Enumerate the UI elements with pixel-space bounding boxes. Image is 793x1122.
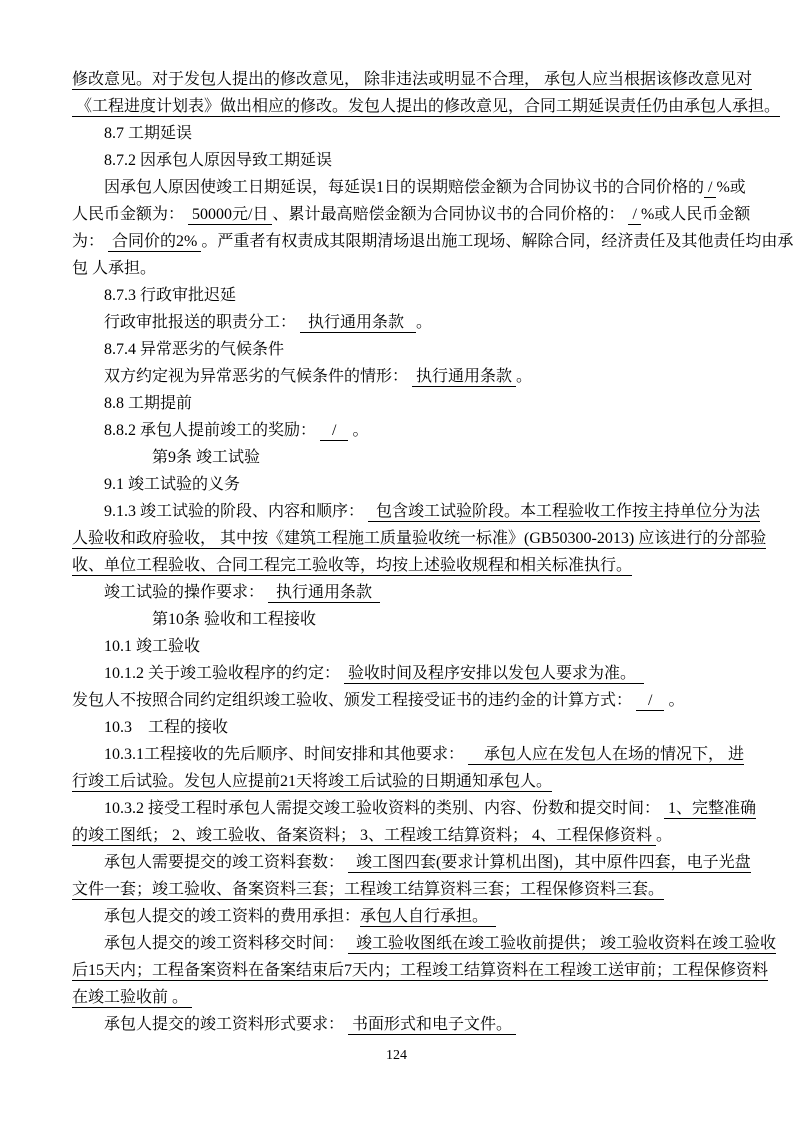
- text-run: 。严重者有权责成其限期清场退出施工现场、解除合同，经济责任及其他责任均由承: [201, 233, 793, 250]
- text-run: 。: [348, 422, 368, 439]
- text-run: 8.8 工期提前: [104, 395, 192, 412]
- filled-blank-text: 50000元/日: [188, 206, 272, 225]
- text-run: 为：: [72, 233, 108, 250]
- filled-blank-text: 承包人应在发包人在场的情况下， 进: [468, 746, 744, 765]
- text-run: 10.3.2 接受工程时承包人需提交竣工验收资料的类别、内容、份数和提交时间：: [104, 800, 664, 817]
- text-run: 。: [656, 827, 672, 844]
- filled-blank-text: 竣工图四套(要求计算机出图)，其中原件四套，电子光盘: [348, 854, 751, 873]
- text-run: 行政审批报送的职责分工：: [104, 314, 300, 331]
- filled-blank-text: 承包人自行承担。: [360, 908, 496, 927]
- text-run: 第9条 竣工试验: [152, 449, 260, 466]
- text-line: 双方约定视为异常恶劣的气候条件的情形： 执行通用条款 。: [72, 363, 723, 390]
- text-run: 8.7 工期延误: [104, 125, 192, 142]
- text-line: 8.7.3 行政审批迟延: [72, 282, 723, 309]
- text-line: 8.7.4 异常恶劣的气候条件: [72, 336, 723, 363]
- text-run: 包 人承担。: [72, 260, 156, 277]
- text-run: 第10条 验收和工程接收: [152, 611, 316, 628]
- text-run: 8.8.2 承包人提前竣工的奖励：: [104, 422, 320, 439]
- text-run: 承包人提交的竣工资料形式要求：: [104, 1016, 348, 1033]
- text-run: 9.1 竣工试验的义务: [104, 476, 240, 493]
- filled-blank-text: 执行通用条款: [300, 314, 416, 333]
- text-line: 9.1.3 竣工试验的阶段、内容和顺序： 包含竣工试验阶段。本工程验收工作按主持…: [72, 498, 723, 525]
- text-run: 。: [664, 692, 684, 709]
- filled-blank-text: 执行通用条款: [412, 368, 516, 387]
- filled-blank-text: 人验收和政府验收， 其中按《建筑工程施工质量验收统一标准》(GB50300-20…: [72, 530, 766, 549]
- filled-blank-text: 的竣工图纸； 2、竣工验收、备案资料； 3、工程竣工结算资料； 4、工程保修资料: [72, 827, 656, 846]
- document-page: 修改意见。对于发包人提出的修改意见， 除非违法或明显不合理， 承包人应当根据该修…: [0, 0, 793, 1122]
- filled-blank-text: 合同价的2%: [108, 233, 201, 252]
- filled-blank-text: 书面形式和电子文件。: [348, 1016, 516, 1035]
- text-line: 行政审批报送的职责分工： 执行通用条款 。: [72, 309, 723, 336]
- text-line: 承包人需要提交的竣工资料套数： 竣工图四套(要求计算机出图)，其中原件四套，电子…: [72, 849, 723, 876]
- text-line: 10.1 竣工验收: [72, 633, 723, 660]
- page-footer: 124: [0, 1047, 793, 1065]
- text-run: 8.7.3 行政审批迟延: [104, 287, 236, 304]
- filled-blank-text: 修改意见。对于发包人提出的修改意见， 除非违法或明显不合理， 承包人应当根据该修…: [72, 71, 752, 90]
- text-line: 文件一套；竣工验收、备案资料三套；工程竣工结算资料三套；工程保修资料三套。: [72, 876, 723, 903]
- filled-blank-text: 在竣工验收前 。: [72, 989, 192, 1008]
- text-run: 10.3.1工程接收的先后顺序、时间安排和其他要求：: [104, 746, 468, 763]
- text-run: 因承包人原因使竣工日期延误，每延误1日的误期赔偿金额为合同协议书的合同价格的: [104, 179, 704, 196]
- text-line: 承包人提交的竣工资料的费用承担：承包人自行承担。: [72, 903, 723, 930]
- filled-blank-text: 收、单位工程验收、合同工程完工验收等，均按上述验收规程和相关标准执行。: [72, 557, 632, 576]
- text-line: 人民币金额为： 50000元/日 、累计最高赔偿金额为合同协议书的合同价格的： …: [72, 201, 723, 228]
- text-line: 10.3.1工程接收的先后顺序、时间安排和其他要求： 承包人应在发包人在场的情况…: [72, 741, 723, 768]
- text-run: 承包人提交的竣工资料的费用承担：: [104, 908, 360, 925]
- text-run: 发包人不按照合同约定组织竣工验收、颁发工程接受证书的违约金的计算方式：: [72, 692, 636, 709]
- text-line: 包 人承担。: [72, 255, 723, 282]
- filled-blank-text: 《工程进度计划表》做出相应的修改。发包人提出的修改意见，合同工期延误责任仍由承包…: [72, 98, 780, 117]
- text-run: 双方约定视为异常恶劣的气候条件的情形：: [104, 368, 412, 385]
- text-line: 8.8 工期提前: [72, 390, 723, 417]
- filled-blank-text: 后15天内；工程备案资料在备案结束后7天内；工程竣工结算资料在工程竣工送审前；工…: [72, 962, 768, 981]
- text-run: 8.7.2 因承包人原因导致工期延误: [104, 152, 332, 169]
- text-run: 9.1.3 竣工试验的阶段、内容和顺序：: [104, 503, 368, 520]
- filled-blank-text: 验收时间及程序安排以发包人要求为准。: [344, 665, 644, 684]
- text-run: 人民币金额为：: [72, 206, 188, 223]
- document-body: 修改意见。对于发包人提出的修改意见， 除非违法或明显不合理， 承包人应当根据该修…: [0, 0, 793, 1038]
- text-line: 10.1.2 关于竣工验收程序的约定： 验收时间及程序安排以发包人要求为准。: [72, 660, 723, 687]
- text-run: 10.3 工程的接收: [104, 719, 228, 736]
- text-line: 竣工试验的操作要求： 执行通用条款: [72, 579, 723, 606]
- text-run: 承包人需要提交的竣工资料套数：: [104, 854, 348, 871]
- filled-blank-text: 竣工验收图纸在竣工验收前提供； 竣工验收资料在竣工验收: [348, 935, 776, 954]
- page-number: 124: [386, 1048, 407, 1063]
- text-line: 为： 合同价的2% 。严重者有权责成其限期清场退出施工现场、解除合同，经济责任及…: [72, 228, 723, 255]
- text-run: 8.7.4 异常恶劣的气候条件: [104, 341, 284, 358]
- text-line: 第10条 验收和工程接收: [72, 606, 723, 633]
- text-line: 8.7 工期延误: [72, 120, 723, 147]
- text-run: 、累计最高赔偿金额为合同协议书的合同价格的：: [272, 206, 628, 223]
- text-line: 发包人不按照合同约定组织竣工验收、颁发工程接受证书的违约金的计算方式： / 。: [72, 687, 723, 714]
- filled-blank-text: 行竣工后试验。发包人应提前21天将竣工后试验的日期通知承包人。: [72, 773, 552, 792]
- text-run: %或: [716, 179, 745, 196]
- text-run: 10.1.2 关于竣工验收程序的约定：: [104, 665, 344, 682]
- filled-blank-text: /: [320, 422, 348, 441]
- text-line: 行竣工后试验。发包人应提前21天将竣工后试验的日期通知承包人。: [72, 768, 723, 795]
- text-line: 收、单位工程验收、合同工程完工验收等，均按上述验收规程和相关标准执行。: [72, 552, 723, 579]
- text-line: 承包人提交的竣工资料移交时间： 竣工验收图纸在竣工验收前提供； 竣工验收资料在竣…: [72, 930, 723, 957]
- filled-blank-text: 文件一套；竣工验收、备案资料三套；工程竣工结算资料三套；工程保修资料三套。: [72, 881, 664, 900]
- text-line: 的竣工图纸； 2、竣工验收、备案资料； 3、工程竣工结算资料； 4、工程保修资料…: [72, 822, 723, 849]
- text-line: 人验收和政府验收， 其中按《建筑工程施工质量验收统一标准》(GB50300-20…: [72, 525, 723, 552]
- filled-blank-text: /: [628, 206, 640, 225]
- text-line: 第9条 竣工试验: [72, 444, 723, 471]
- text-line: 8.8.2 承包人提前竣工的奖励： / 。: [72, 417, 723, 444]
- filled-blank-text: 包含竣工试验阶段。本工程验收工作按主持单位分为法: [368, 503, 760, 522]
- text-line: 承包人提交的竣工资料形式要求： 书面形式和电子文件。: [72, 1011, 723, 1038]
- text-line: 10.3.2 接受工程时承包人需提交竣工验收资料的类别、内容、份数和提交时间： …: [72, 795, 723, 822]
- text-run: 承包人提交的竣工资料移交时间：: [104, 935, 348, 952]
- text-line: 10.3 工程的接收: [72, 714, 723, 741]
- filled-blank-text: /: [636, 692, 664, 711]
- text-line: 9.1 竣工试验的义务: [72, 471, 723, 498]
- text-line: 《工程进度计划表》做出相应的修改。发包人提出的修改意见，合同工期延误责任仍由承包…: [72, 93, 723, 120]
- text-line: 8.7.2 因承包人原因导致工期延误: [72, 147, 723, 174]
- filled-blank-text: 执行通用条款: [268, 584, 380, 603]
- filled-blank-text: /: [704, 179, 716, 198]
- text-line: 修改意见。对于发包人提出的修改意见， 除非违法或明显不合理， 承包人应当根据该修…: [72, 66, 723, 93]
- text-run: 竣工试验的操作要求：: [104, 584, 268, 601]
- text-run: 。: [516, 368, 532, 385]
- text-line: 在竣工验收前 。: [72, 984, 723, 1011]
- text-line: 因承包人原因使竣工日期延误，每延误1日的误期赔偿金额为合同协议书的合同价格的 /…: [72, 174, 723, 201]
- text-line: 后15天内；工程备案资料在备案结束后7天内；工程竣工结算资料在工程竣工送审前；工…: [72, 957, 723, 984]
- text-run: 10.1 竣工验收: [104, 638, 200, 655]
- text-run: 。: [416, 314, 432, 331]
- filled-blank-text: 1、完整准确: [664, 800, 756, 819]
- text-run: %或人民币金额: [641, 206, 750, 223]
